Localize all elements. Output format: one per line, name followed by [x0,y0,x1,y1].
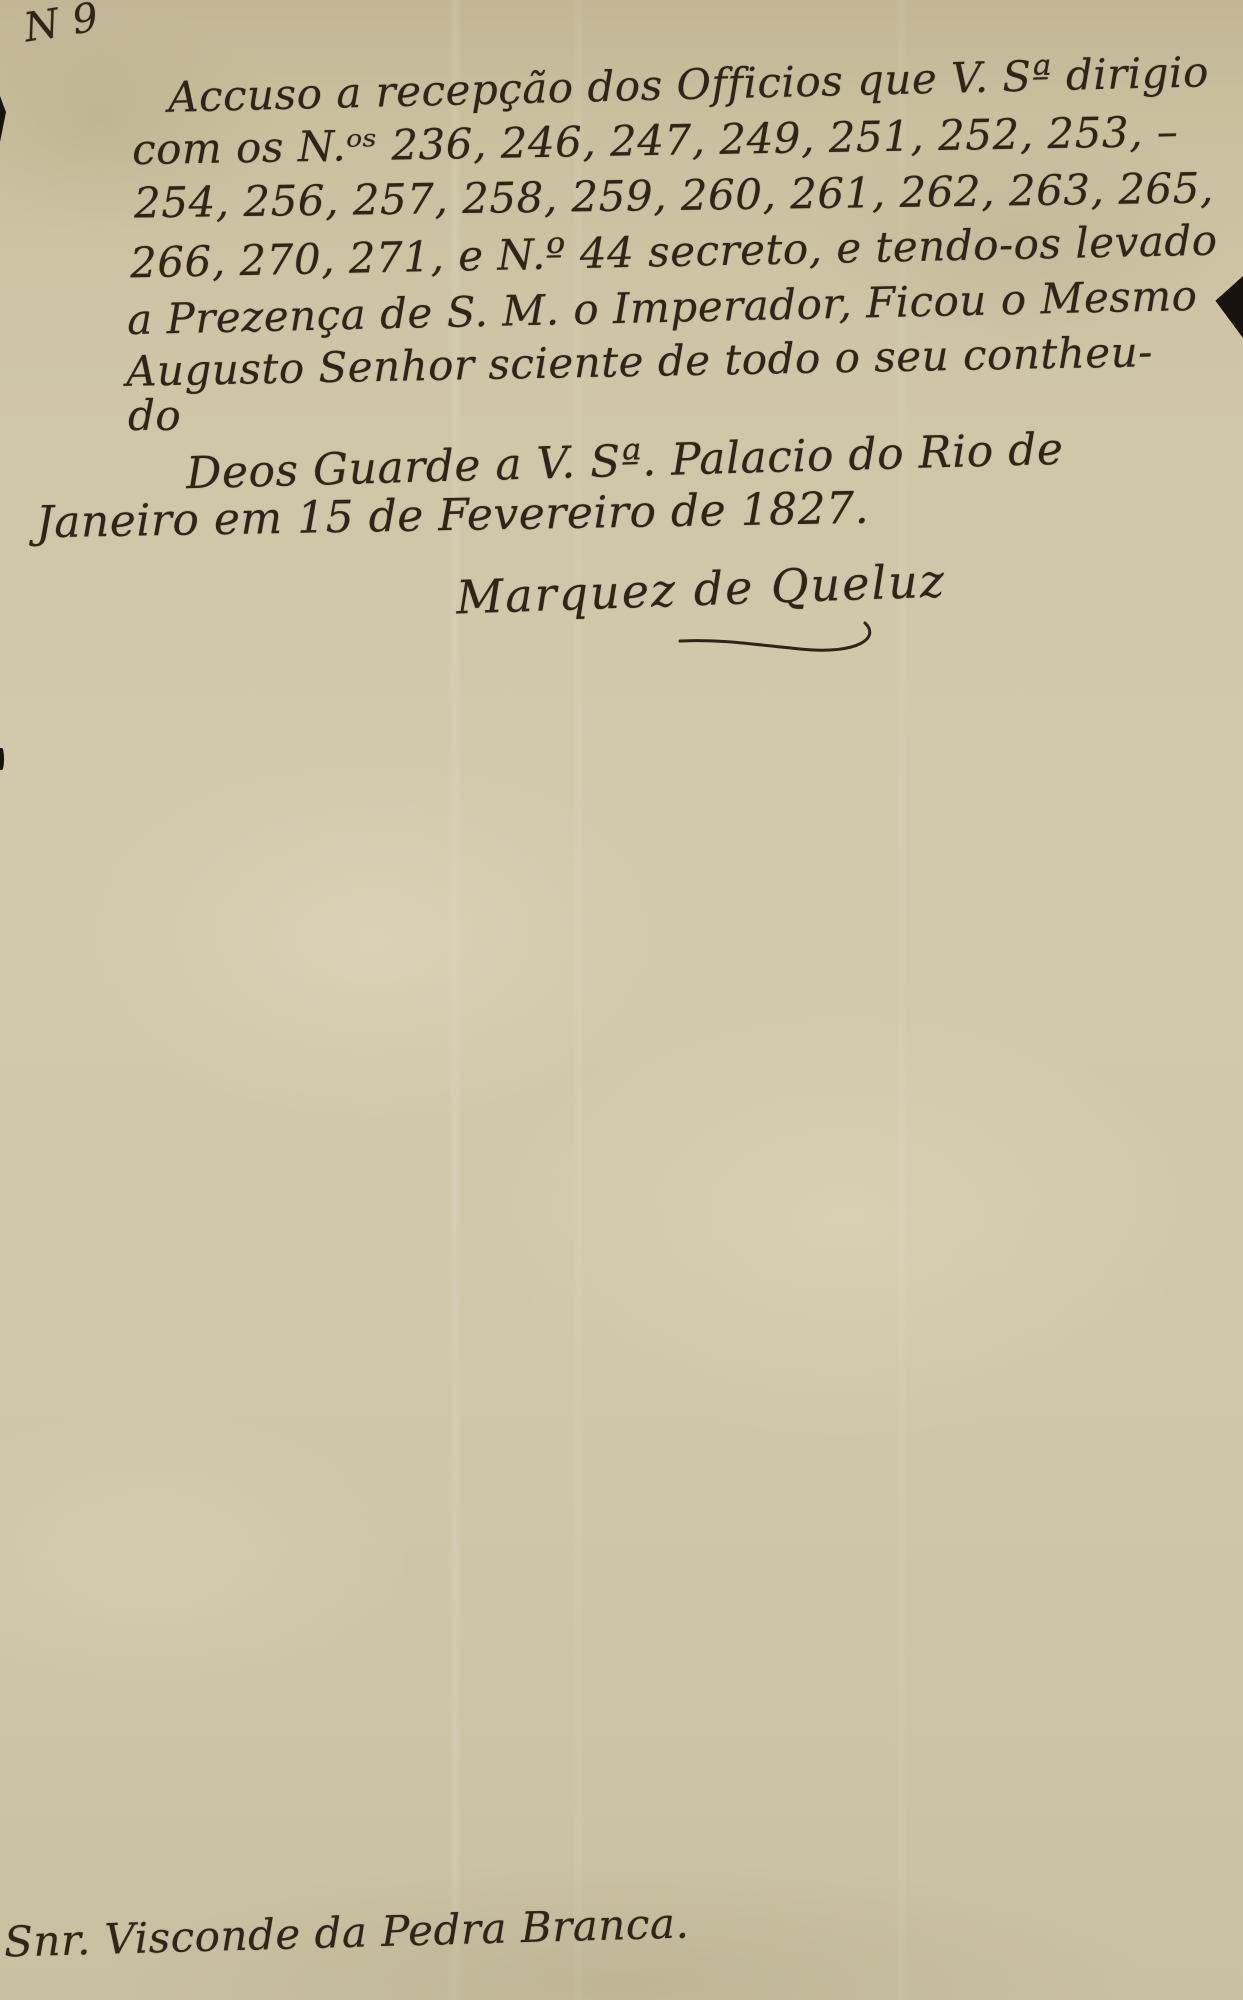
body-line-3: 254, 256, 257, 258, 259, 260, 261, 262, … [134,163,1214,227]
page-edge-shadow-right [1213,276,1243,338]
manuscript-page: N 9 Accuso a recepção dos Officios que V… [0,0,1243,2000]
signature: Marquez de Queluz [455,553,947,624]
signature-flourish [470,615,890,675]
doc-number: N 9 [21,0,102,52]
page-edge-speck-left [0,96,6,142]
body-line-7: do [128,391,181,440]
closing-line-2: Janeiro em 15 de Fevereiro de 1827. [36,483,870,549]
page-edge-speck-left-lower [0,748,4,770]
addressee: Snr. Visconde da Pedra Branca. [3,1898,689,1966]
